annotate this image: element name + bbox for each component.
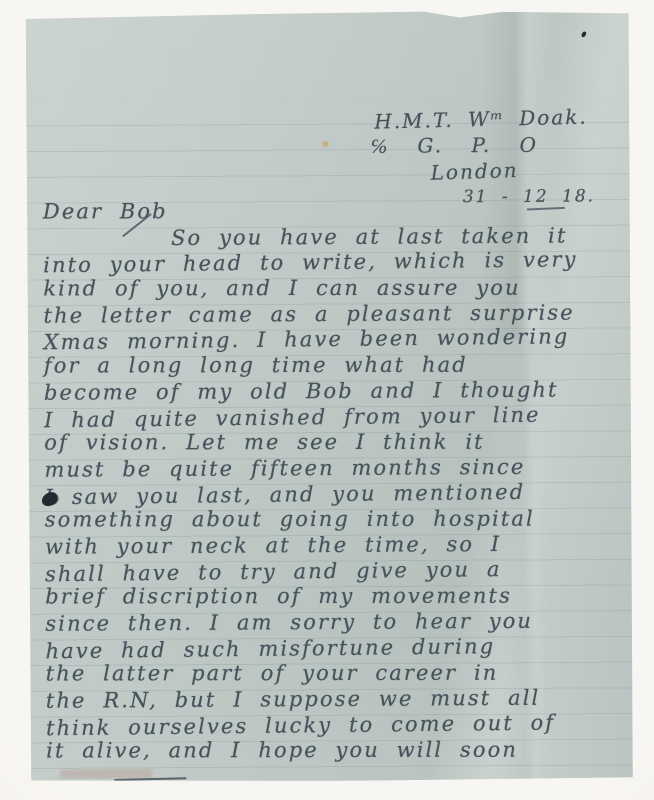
letter-paper: H.M.T. Wᵐ Doak. ℅ G. P. O London 31 - 12… — [26, 9, 634, 783]
salutation-line: Dear Bob — [43, 198, 627, 225]
faint-stamp-stain — [60, 769, 152, 779]
ink-speck — [581, 31, 587, 38]
handwriting-line: something about going into hospital — [45, 507, 629, 534]
handwriting-line: it alive, and I hope you will soon — [46, 738, 630, 765]
handwriting-line: the latter part of your career in — [46, 661, 630, 688]
handwriting-line: brief discription of my movements — [45, 584, 629, 611]
letter-header: H.M.T. Wᵐ Doak. ℅ G. P. O London 31 - 12… — [344, 105, 625, 211]
handwriting-line: of vision. Let me see I think it — [44, 430, 628, 457]
handwriting-line: for a long long time what had — [44, 353, 628, 380]
handwriting-line: into your head to write, which is very — [43, 247, 627, 279]
handwriting-line: kind of you, and I can assure you — [43, 276, 627, 303]
handwriting-line: Xmas morning. I have been wondering — [44, 324, 628, 356]
paper-stain-dot — [322, 141, 328, 147]
photo-background: H.M.T. Wᵐ Doak. ℅ G. P. O London 31 - 12… — [0, 0, 654, 800]
letter-body: Dear Bob So you have at last taken it in… — [43, 197, 630, 766]
